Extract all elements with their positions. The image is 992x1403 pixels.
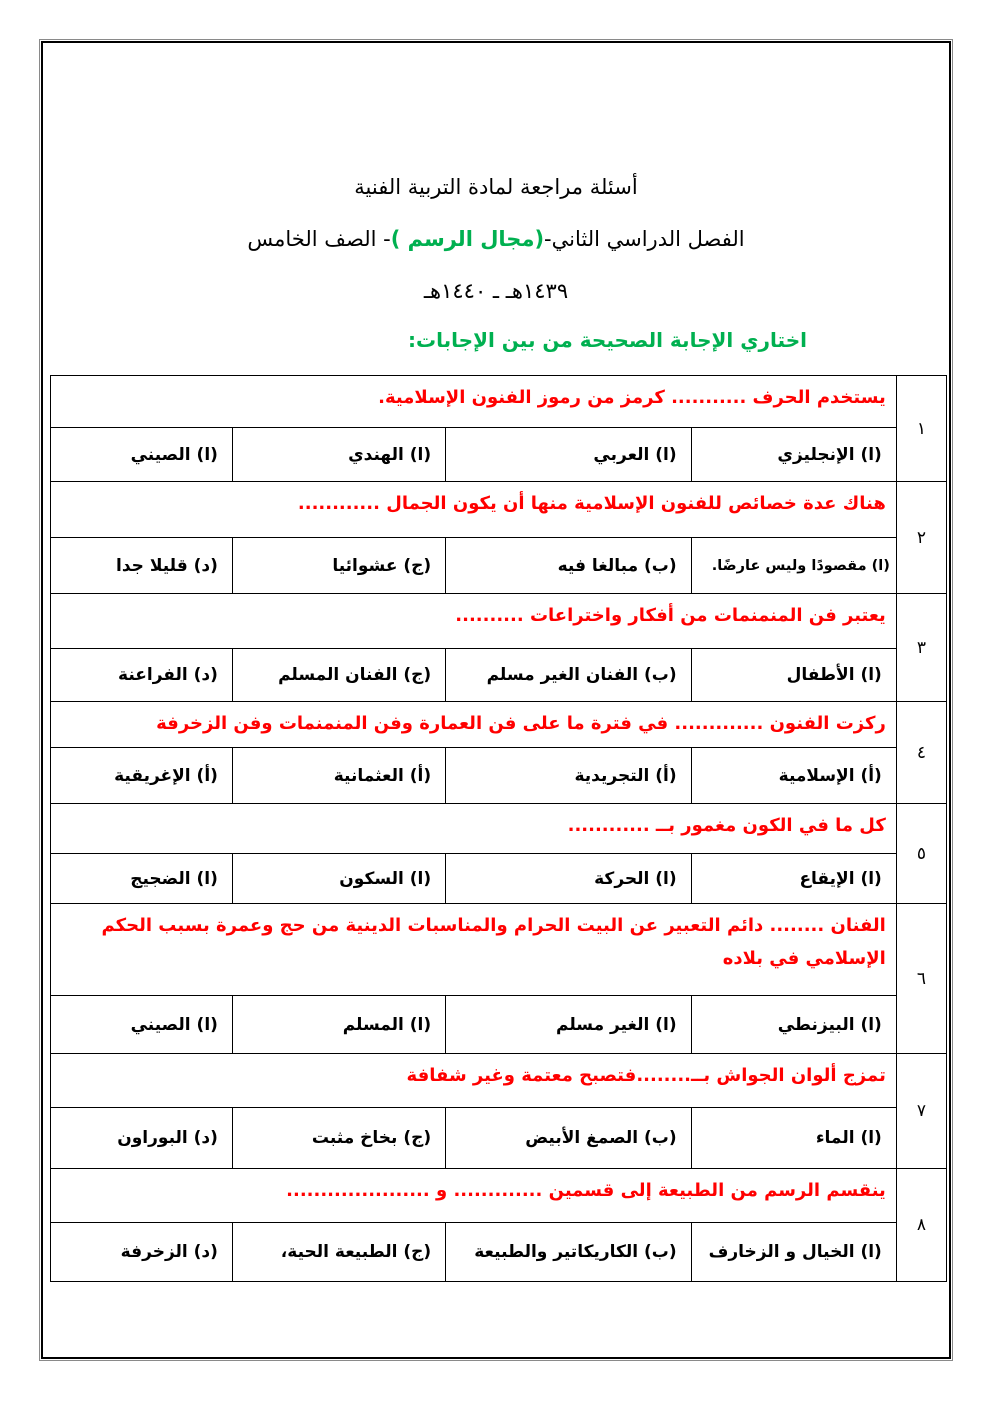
option-c: (ا) المسلم [232,996,445,1054]
question-row: ٤ ركزت الفنون ............. في فترة ما ع… [51,702,947,748]
question-text: كل ما في الكون مغمور بــ ............ [51,804,897,854]
option-b: (ب) الكاريكاتير والطبيعة [446,1223,692,1282]
question-text: يستخدم الحرف ........... كرمز من رموز ال… [51,376,897,428]
option-c: (ج) بخاخ مثبت [232,1108,445,1169]
question-number: ٨ [896,1169,946,1282]
option-a: (ا) الخيال و الزخارف [691,1223,896,1282]
option-b: (ب) الصمغ الأبيض [446,1108,692,1169]
question-text: هناك عدة خصائص للفنون الإسلامية منها أن … [51,482,897,538]
question-row: ١ يستخدم الحرف ........... كرمز من رموز … [51,376,947,428]
page-border-frame: أسئلة مراجعة لمادة التربية الفنية الفصل … [41,41,951,1359]
option-b: (ا) العربي [446,428,692,482]
question-row: ٢ هناك عدة خصائص للفنون الإسلامية منها أ… [51,482,947,538]
option-d: (د) الفراعنة [51,649,233,702]
question-row: ٦ الفنان ........ دائم التعبير عن البيت … [51,904,947,996]
option-d: (ا) الصيني [51,428,233,482]
option-d: (د) الزخرفة [51,1223,233,1282]
option-a: (ا) الماء [691,1108,896,1169]
options-row: (ا) الأطفال (ب) الفنان الغير مسلم (ج) ال… [51,649,947,702]
document-year: ١٤٣٩هـ ـ ١٤٤٠هـ [43,265,949,317]
instruction-text: اختاري الإجابة الصحيحة من بين الإجابات: [43,317,949,363]
document-subtitle: الفصل الدراسي الثاني-(مجال الرسم )- الصف… [43,213,949,265]
option-b: (أ) التجريدية [446,748,692,804]
option-c: (أ) العثمانية [232,748,445,804]
options-row: (ا) مقصودًا وليس عارضًا. (ب) مبالغا فيه … [51,538,947,594]
document-page: أسئلة مراجعة لمادة التربية الفنية الفصل … [0,0,992,1403]
question-text: ركزت الفنون ............. في فترة ما على… [51,702,897,748]
option-c: (ا) السكون [232,854,445,904]
options-row: (ا) الخيال و الزخارف (ب) الكاريكاتير وال… [51,1223,947,1282]
question-row: ٥ كل ما في الكون مغمور بــ ............ [51,804,947,854]
option-a: (ا) مقصودًا وليس عارضًا. [691,538,896,594]
question-number: ٧ [896,1054,946,1169]
question-row: ٧ تمزج ألوان الجواش بــ........فتصبح معت… [51,1054,947,1108]
question-number: ٤ [896,702,946,804]
option-a: (ا) البيزنطي [691,996,896,1054]
question-number: ٥ [896,804,946,904]
options-row: (ا) الماء (ب) الصمغ الأبيض (ج) بخاخ مثبت… [51,1108,947,1169]
options-row: (أ) الإسلامية (أ) التجريدية (أ) العثماني… [51,748,947,804]
option-b: (ا) الحركة [446,854,692,904]
option-c: (ا) الهندي [232,428,445,482]
option-d: (د) قليلا جدا [51,538,233,594]
subtitle-pre: الفصل الدراسي الثاني- [544,227,745,251]
option-a: (ا) الإنجليزي [691,428,896,482]
question-text: الفنان ........ دائم التعبير عن البيت ال… [51,904,897,996]
quiz-table: ١ يستخدم الحرف ........... كرمز من رموز … [50,375,947,1282]
question-row: ٣ يعتبر فن المنمنمات من أفكار واختراعات … [51,594,947,649]
option-d: (د) البوراون [51,1108,233,1169]
document-title: أسئلة مراجعة لمادة التربية الفنية [43,161,949,213]
document-header: أسئلة مراجعة لمادة التربية الفنية الفصل … [43,43,949,363]
options-row: (ا) الإيقاع (ا) الحركة (ا) السكون (ا) ال… [51,854,947,904]
option-c: (ج) الطبيعة الحية، [232,1223,445,1282]
question-text: يعتبر فن المنمنمات من أفكار واختراعات ..… [51,594,897,649]
question-row: ٨ ينقسم الرسم من الطبيعة إلى قسمين .....… [51,1169,947,1223]
option-b: (ب) مبالغا فيه [446,538,692,594]
option-d: (ا) الصيني [51,996,233,1054]
option-c: (ج) عشوائيا [232,538,445,594]
options-row: (ا) البيزنطي (ا) الغير مسلم (ا) المسلم (… [51,996,947,1054]
subtitle-post: - الصف الخامس [247,227,390,251]
question-number: ١ [896,376,946,482]
option-a: (ا) الإيقاع [691,854,896,904]
question-number: ٣ [896,594,946,702]
question-text: ينقسم الرسم من الطبيعة إلى قسمين .......… [51,1169,897,1223]
subtitle-subject-highlight: (مجال الرسم ) [391,227,544,251]
question-number: ٢ [896,482,946,594]
option-b: (ب) الفنان الغير مسلم [446,649,692,702]
option-b: (ا) الغير مسلم [446,996,692,1054]
option-d: (ا) الضجيج [51,854,233,904]
option-c: (ج) الفنان المسلم [232,649,445,702]
option-a: (أ) الإسلامية [691,748,896,804]
options-row: (ا) الإنجليزي (ا) العربي (ا) الهندي (ا) … [51,428,947,482]
question-number: ٦ [896,904,946,1054]
option-a: (ا) الأطفال [691,649,896,702]
option-d: (أ) الإغريقية [51,748,233,804]
question-text: تمزج ألوان الجواش بــ........فتصبح معتمة… [51,1054,897,1108]
